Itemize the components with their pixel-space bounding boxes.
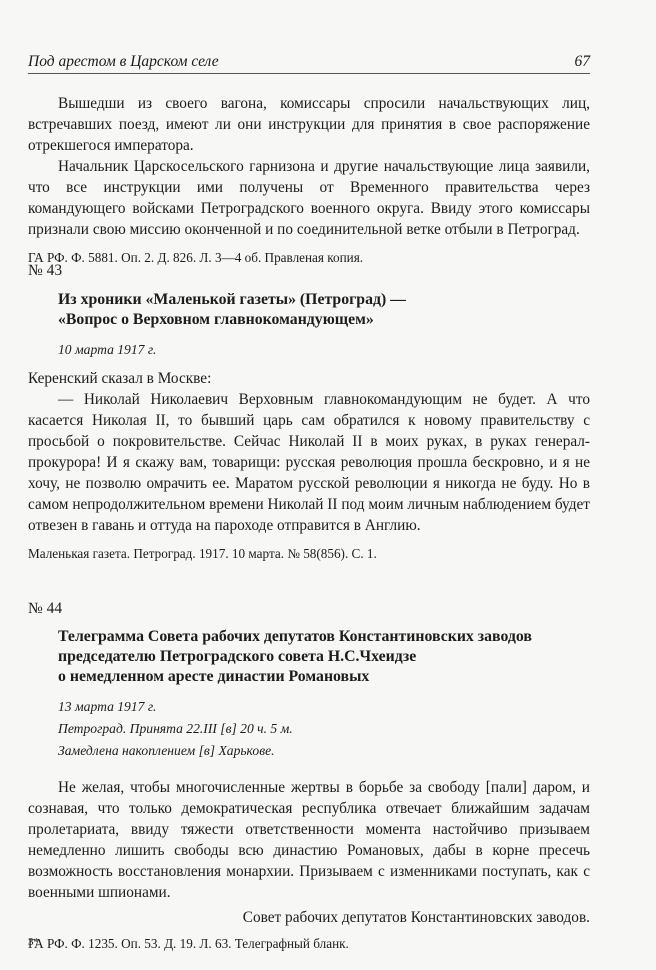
- document-title: Из хроники «Маленькой газеты» (Петроград…: [28, 290, 590, 330]
- title-line: Телеграмма Совета рабочих депутатов Конс…: [28, 627, 590, 647]
- document-44: № 44 Телеграмма Совета рабочих депутатов…: [28, 600, 590, 953]
- signature-mark: 3*: [28, 932, 590, 950]
- document-date: 10 марта 1917 г.: [28, 340, 590, 359]
- intro-line: Керенский сказал в Москве:: [28, 368, 590, 389]
- title-line: «Вопрос о Верховном главнокомандующем»: [28, 310, 590, 330]
- received-note: Петроград. Принята 22.III [в] 20 ч. 5 м.: [28, 719, 590, 738]
- sheet-signature: 3*: [28, 936, 39, 948]
- archive-source: Маленькая газета. Петроград. 1917. 10 ма…: [28, 545, 590, 563]
- title-line: о немедленном аресте династии Романовых: [28, 667, 590, 687]
- running-head: Под арестом в Царском селе 67: [28, 51, 590, 74]
- document-title: Телеграмма Совета рабочих депутатов Конс…: [28, 627, 590, 687]
- paragraph: Вышедши из своего вагона, комиссары спро…: [28, 93, 590, 156]
- document-43: № 43 Из хроники «Маленькой газеты» (Петр…: [28, 262, 590, 563]
- page-number: 67: [575, 53, 591, 71]
- paragraph: Начальник Царскосельского гарнизона и др…: [28, 156, 590, 240]
- continuation-section: Вышедши из своего вагона, комиссары спро…: [28, 93, 590, 267]
- document-number: № 43: [28, 262, 590, 280]
- document-date: 13 марта 1917 г.: [28, 697, 590, 716]
- delay-note: Замедлена накоплением [в] Харькове.: [28, 741, 590, 760]
- title-line: Из хроники «Маленькой газеты» (Петроград…: [28, 290, 590, 310]
- telegram-body: Не желая, чтобы многочисленные жертвы в …: [28, 777, 590, 903]
- quote-paragraph: — Николай Николаевич Верховным главноком…: [28, 389, 590, 536]
- signature: Совет рабочих депутатов Константиновских…: [28, 909, 590, 927]
- title-line: председателю Петроградского совета Н.С.Ч…: [28, 647, 590, 667]
- document-number: № 44: [28, 600, 590, 618]
- running-title: Под арестом в Царском селе: [28, 53, 219, 71]
